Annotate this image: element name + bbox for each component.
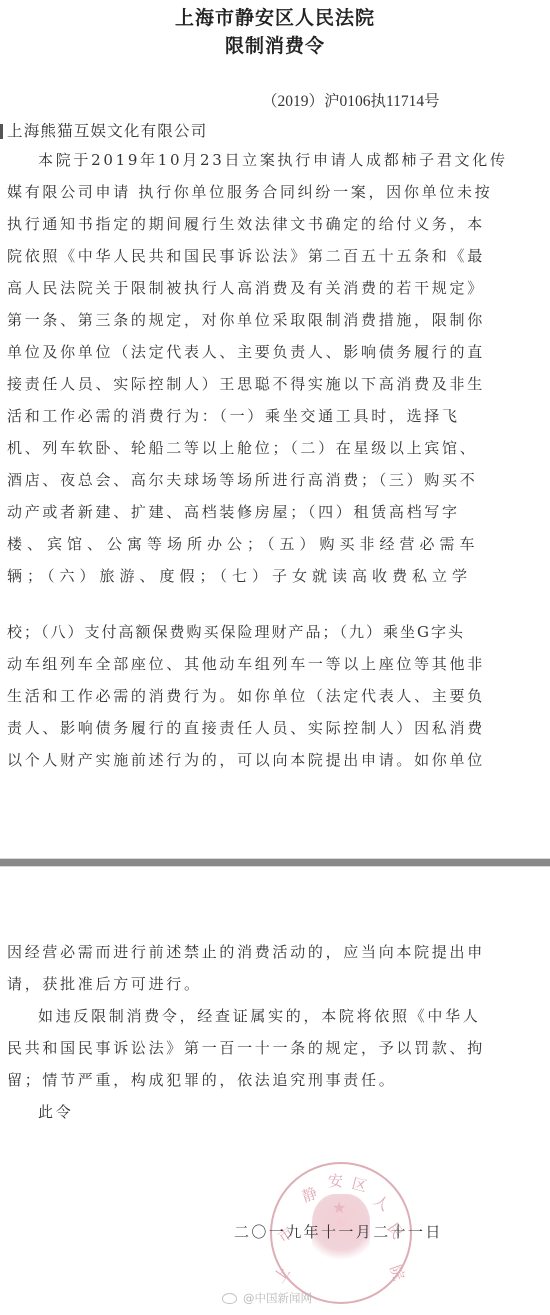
- body-line: 单位及你单位（法定代表人、主要负责人、影响债务履行的直: [7, 342, 452, 362]
- court-name-heading: 上海市静安区人民法院: [0, 3, 550, 30]
- stamp-char: 安: [328, 1170, 343, 1191]
- body-line: 辆；（六）旅游、度假；（七）子女就读高收费私立学: [7, 566, 452, 586]
- star-icon: ★: [332, 1198, 346, 1217]
- body-line: 楼、宾馆、公寓等场所办公；（五）购买非经营必需车: [7, 534, 452, 554]
- body-line: 如违反限制消费令，经查证属实的，本院将依照《中华人: [38, 1006, 483, 1026]
- closing-phrase: 此令: [38, 1102, 483, 1122]
- body-line: 请，获批准后方可进行。: [7, 974, 452, 994]
- watermark-text: @中国新闻网: [243, 1290, 312, 1306]
- body-line: 第一条、第三条的规定，对你单位采取限制消费措施，限制你: [7, 310, 452, 330]
- margin-mark: [0, 124, 3, 139]
- body-line: 动产或者新建、扩建、高档装修房屋；（四）租赁高档写字: [7, 502, 452, 522]
- body-line: 执行通知书指定的期间履行生效法律文书确定的给付义务，本: [7, 214, 452, 234]
- case-number: （2019）沪0106执11714号: [262, 89, 440, 111]
- body-line: 留；情节严重，构成犯罪的，依法追究刑事责任。: [7, 1070, 452, 1090]
- order-title-heading: 限制消费令: [0, 31, 550, 58]
- body-line: 以个人财产实施前述行为的，可以向本院提出申请。如你单位: [7, 750, 452, 770]
- body-line: 因经营必需而进行前述禁止的消费活动的，应当向本院提出申: [7, 942, 452, 962]
- body-line: 责人、影响债务履行的直接责任人员、实际控制人）因私消费: [7, 718, 452, 738]
- body-line: 高人民法院关于限制被执行人高消费及有关消费的若干规定》: [7, 278, 452, 298]
- page-divider: [0, 858, 550, 867]
- body-line: 活和工作必需的消费行为：（一）乘坐交通工具时，选择飞: [7, 406, 452, 426]
- body-line: 本院于2019年10月23日立案执行申请人成都柿子君文化传: [38, 150, 483, 170]
- body-line: 机、列车软卧、轮船二等以上舱位；（二）在星级以上宾馆、: [7, 438, 452, 458]
- issue-date: 二〇一九年十一月二十一日: [234, 1221, 443, 1242]
- body-line: 校；（八）支付高额保费购买保险理财产品；（九）乘坐G字头: [7, 622, 452, 642]
- body-line: 媒有限公司申请 执行你单位服务合同纠纷一案，因你单位未按: [7, 182, 452, 202]
- body-line: 民共和国民事诉讼法》第一百一十一条的规定，予以罚款、拘: [7, 1038, 452, 1058]
- source-watermark: @中国新闻网: [222, 1290, 312, 1306]
- body-line: 酒店、夜总会、高尔夫球场等场所进行高消费；（三）购买不: [7, 470, 452, 490]
- stamp-char: 人: [369, 1190, 393, 1216]
- body-line: 生活和工作必需的消费行为。如你单位（法定代表人、主要负: [7, 686, 452, 706]
- body-line: 院依照《中华人民共和国民事诉讼法》第二百五十五条和《最: [7, 246, 452, 266]
- document-page-1: 上海市静安区人民法院 限制消费令 （2019）沪0106执11714号 上海熊猫…: [0, 0, 550, 858]
- stamp-char: 区: [350, 1172, 370, 1196]
- weibo-icon: [222, 1293, 237, 1304]
- addressee: 上海熊猫互娱文化有限公司: [7, 119, 207, 141]
- body-line: 动车组列车全部座位、其他动车组列车一等以上座位等其他非: [7, 654, 452, 674]
- body-line: 接责任人员、实际控制人）王思聪不得实施以下高消费及非生: [7, 374, 452, 394]
